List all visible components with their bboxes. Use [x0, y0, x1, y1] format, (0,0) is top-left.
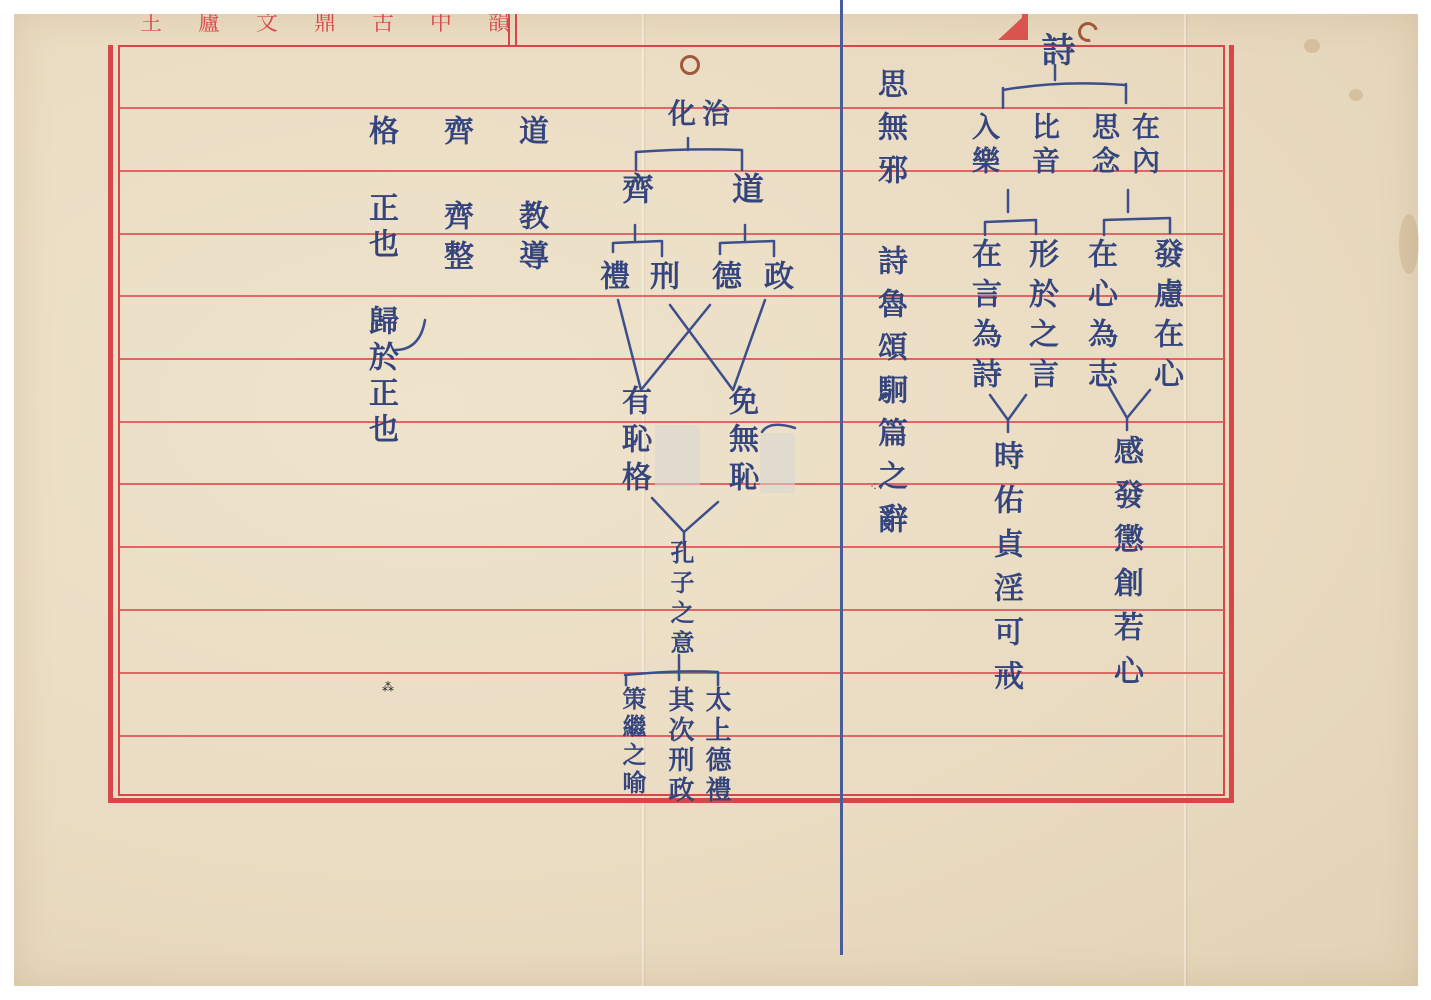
tape-patch: [760, 433, 795, 493]
node-dao: 道: [730, 172, 762, 210]
header-separator: [515, 14, 517, 45]
gloss-dao: 道 教導: [515, 115, 545, 280]
node-falv-zaixin: 發慮在心: [1150, 238, 1180, 398]
node-xing: 刑: [646, 260, 676, 296]
side-note-siwuxie: 思無邪 詩魯頌駉篇之辭: [874, 68, 904, 546]
red-corner-tab: [1022, 14, 1028, 40]
root-poetry: 詩: [1038, 32, 1072, 72]
ruled-line: [120, 233, 1224, 235]
node-de: 德: [708, 260, 738, 296]
tape-patch: [655, 425, 700, 487]
result-shiyou: 時佑貞淫可戒: [990, 440, 1020, 704]
outcome-mianwuchi: 免無恥: [725, 385, 755, 499]
header-char: 文: [256, 14, 278, 34]
ruled-line: [120, 672, 1224, 674]
node-sinian: 思念: [1090, 112, 1118, 180]
node-biyin: 比音: [1030, 112, 1058, 180]
ruled-line: [120, 421, 1224, 423]
header-char: 中: [430, 14, 452, 34]
center-divider-line: [840, 0, 843, 955]
final-taishang-deli: 太上德禮: [703, 686, 729, 806]
header-char: 廬: [198, 14, 220, 34]
node-zaixin-weizhi: 在心為志: [1084, 238, 1114, 398]
paper-stain: [1349, 89, 1363, 101]
node-rule: 入樂: [970, 112, 998, 180]
circle-mark-icon: [680, 55, 700, 75]
paper-stain: [1399, 214, 1419, 274]
node-zainei: 在內: [1130, 112, 1158, 180]
header-char: 鼎: [314, 14, 336, 34]
node-zaiyan-weishi: 在言為詩: [968, 238, 998, 398]
node-xingyu-zhiyan: 形於之言: [1025, 238, 1055, 398]
outcome-youchige: 有恥格: [618, 385, 648, 499]
gloss-qi: 齊 齊整: [440, 115, 470, 280]
header-char: 韻: [488, 14, 510, 34]
final-ceji-zhiyu: 策繼之喻: [620, 686, 644, 798]
node-li: 禮: [596, 260, 626, 296]
header-separator: [508, 14, 510, 45]
ink-dots: ⁖: [870, 480, 877, 494]
header-char: 王: [140, 14, 162, 34]
ink-blot: ⁂: [382, 680, 394, 694]
node-qi: 齊: [620, 172, 652, 210]
ruled-line: [120, 358, 1224, 360]
final-qici-xingzheng: 其次刑政: [666, 686, 692, 806]
node-zheng: 政: [760, 260, 790, 296]
gloss-ge: 格 正也 歸於正也: [365, 115, 395, 449]
header-char: 古: [372, 14, 394, 34]
conclusion-kongzi: 孔子之意: [668, 540, 692, 660]
paper-stain: [1304, 39, 1320, 53]
result-gantan: 感發懲創若心: [1110, 435, 1140, 699]
printed-header: 韻 中 古 鼎 文 廬 王: [140, 14, 510, 34]
root-huazhi: 化治: [668, 100, 736, 128]
